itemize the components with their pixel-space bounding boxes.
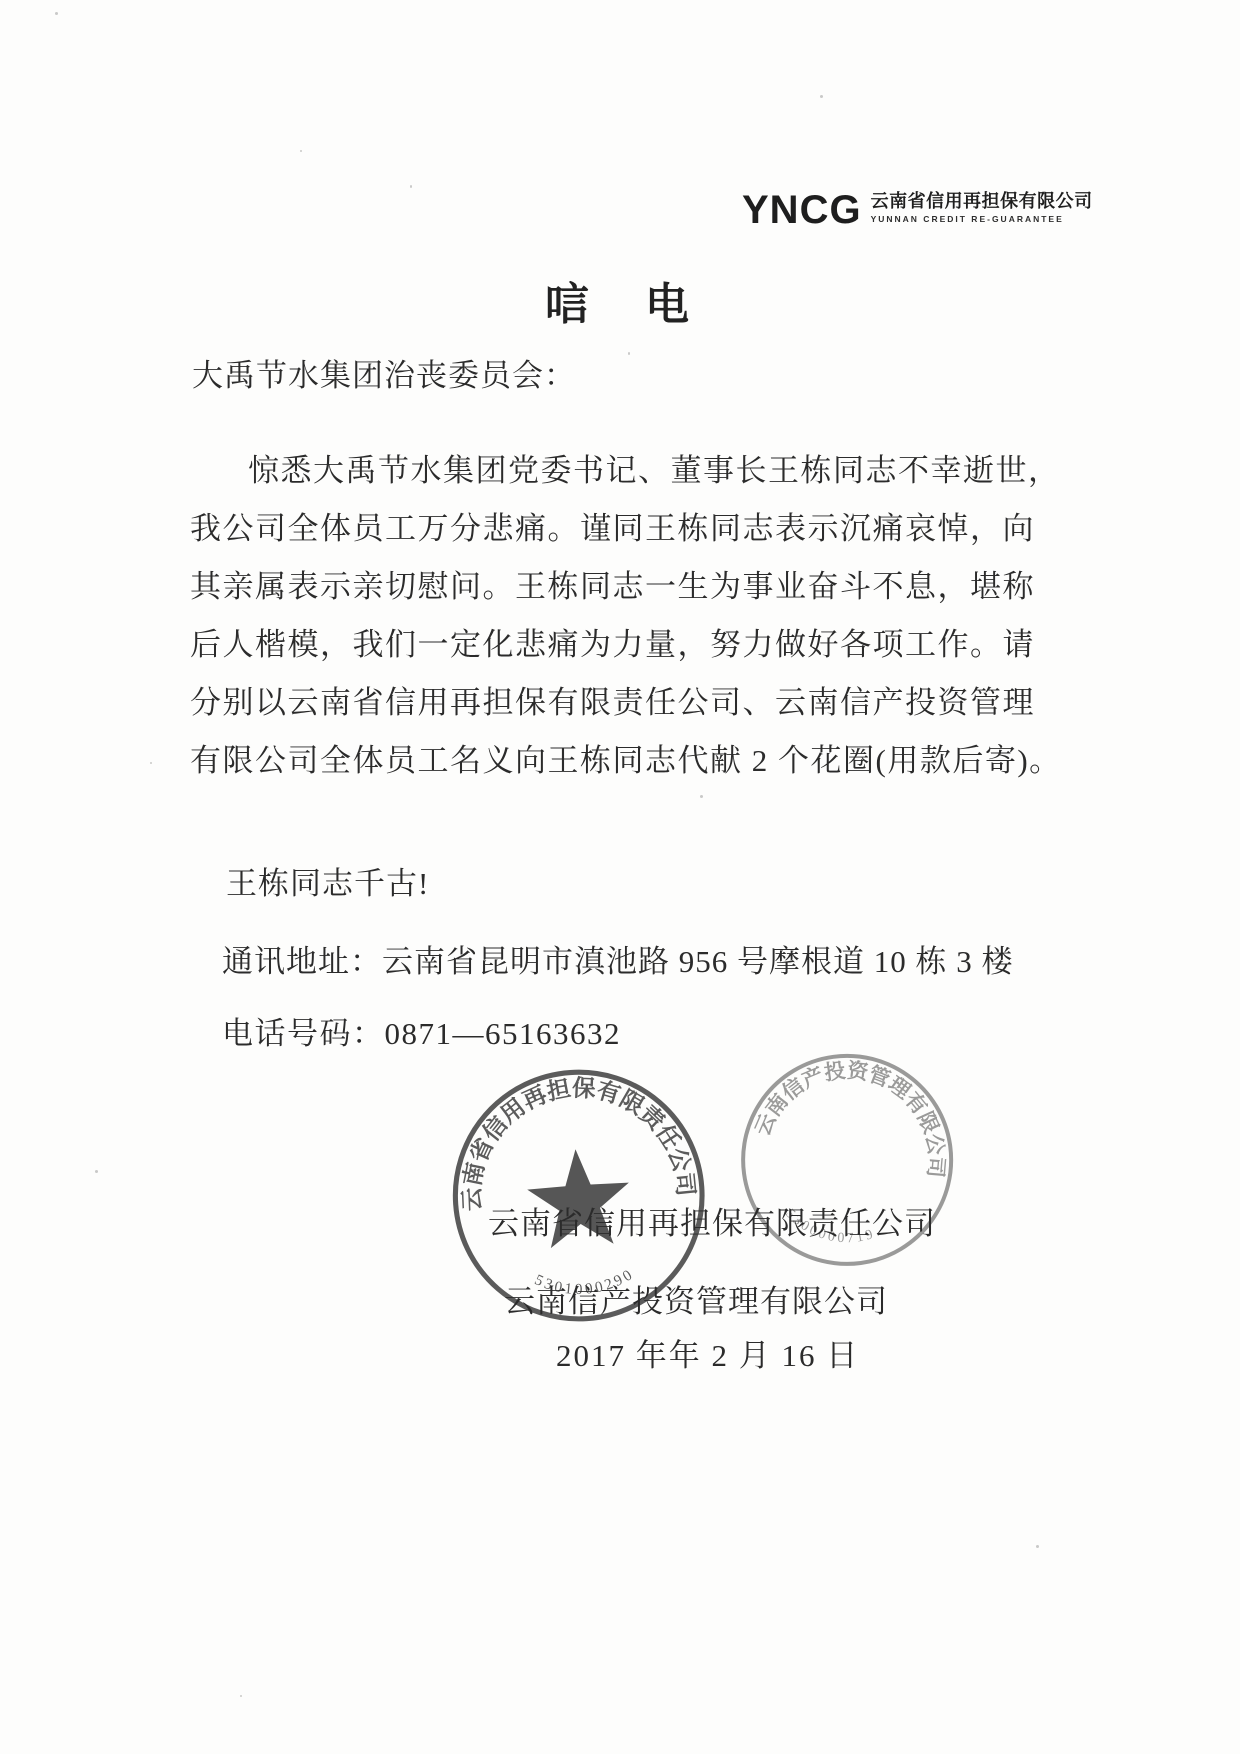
body-line: 后人楷模，我们一定化悲痛为力量，努力做好各项工作。请: [190, 616, 952, 674]
body-line: 我公司全体员工万分悲痛。谨同王栋同志表示沉痛哀悼，向: [190, 500, 952, 558]
body-line: 分别以云南省信用再担保有限责任公司、云南信产投资管理: [190, 674, 952, 732]
scanned-letter-page: YNCG 云南省信用再担保有限公司 YUNNAN CREDIT RE-GUARA…: [0, 0, 1240, 1754]
scan-speck: [410, 185, 412, 188]
scan-speck: [700, 795, 703, 798]
tribute-line: 王栋同志千古!: [226, 858, 429, 903]
signature-company-2: 云南信产投资管理有限公司: [504, 1276, 888, 1321]
letter-date: 2017 年年 2 月 16 日: [556, 1330, 859, 1375]
scan-speck: [820, 95, 823, 98]
signature-company-1: 云南省信用再担保有限责任公司: [488, 1198, 936, 1243]
company-seal-right: 云南信产投资管理有限公司 5300000719: [711, 1024, 984, 1297]
scan-speck: [95, 1170, 98, 1173]
scan-speck: [300, 150, 302, 152]
body-line: 有限公司全体员工名义向王栋同志代献 2 个花圈(用款后寄)。: [190, 732, 952, 790]
address-line: 通讯地址：云南省昆明市滇池路 956 号摩根道 10 栋 3 楼: [222, 936, 1014, 981]
scan-speck: [55, 12, 58, 15]
company-logo: YNCG 云南省信用再担保有限公司 YUNNAN CREDIT RE-GUARA…: [742, 190, 1093, 230]
scan-speck: [240, 1695, 242, 1697]
logo-acronym-text: YNCG: [742, 190, 862, 230]
letter-body: 惊悉大禹节水集团党委书记、董事长王栋同志不幸逝世， 我公司全体员工万分悲痛。谨同…: [190, 442, 952, 790]
phone-line: 电话号码：0871—65163632: [222, 1008, 621, 1053]
logo-company-name-en: YUNNAN CREDIT RE-GUARANTEE: [871, 214, 1093, 224]
scan-speck: [628, 352, 630, 355]
body-line: 惊悉大禹节水集团党委书记、董事长王栋同志不幸逝世，: [190, 442, 952, 500]
scan-speck: [150, 762, 152, 764]
letter-title: 唁 电: [0, 268, 1240, 332]
salutation: 大禹节水集团治丧委员会：: [192, 350, 576, 395]
logo-name-block: 云南省信用再担保有限公司 YUNNAN CREDIT RE-GUARANTEE: [871, 192, 1093, 224]
body-line: 其亲属表示亲切慰问。王栋同志一生为事业奋斗不息，堪称: [190, 558, 952, 616]
scan-speck: [1036, 1545, 1039, 1548]
logo-company-name-cn: 云南省信用再担保有限公司: [871, 192, 1093, 212]
